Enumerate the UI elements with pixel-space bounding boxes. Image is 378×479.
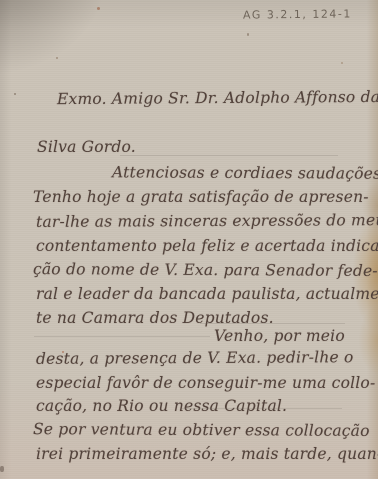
letter-line: desta, a presença de V. Exa. pedir-lhe o bbox=[36, 350, 354, 367]
faint-rule-line bbox=[182, 408, 342, 409]
paper-speck bbox=[14, 93, 16, 95]
faint-rule-line bbox=[120, 155, 338, 156]
letter-line: Venho, por meio bbox=[214, 329, 345, 345]
letter-line: Exmo. Amigo Sr. Dr. Adolpho Affonso da bbox=[57, 90, 378, 108]
letter-line: ral e leader da bancada paulista, actual… bbox=[36, 287, 378, 303]
letter-line: tar-lhe as mais sinceras expressões do m… bbox=[36, 213, 378, 230]
letter-page: AG 3.2.1, 124-1 Exmo. Amigo Sr. Dr. Adol… bbox=[0, 0, 378, 479]
letter-line: cação, no Rio ou nessa Capital. bbox=[36, 399, 287, 415]
paper-speck bbox=[62, 351, 64, 353]
letter-line: contentamento pela feliz e acertada indi… bbox=[36, 239, 378, 255]
letter-line: ção do nome de V. Exa. para Senador fede… bbox=[33, 262, 378, 279]
letter-line: te na Camara dos Deputados. bbox=[36, 311, 274, 327]
faint-rule-line bbox=[200, 323, 345, 324]
letter-line: Tenho hoje a grata satisfação de apresen… bbox=[33, 190, 369, 206]
paper-speck bbox=[341, 62, 343, 64]
paper-speck bbox=[0, 466, 4, 472]
paper-speck bbox=[247, 33, 249, 36]
paper-speck bbox=[97, 7, 100, 10]
letter-line: especial favôr de conseguir-me uma collo… bbox=[36, 376, 375, 392]
letter-line: Silva Gordo. bbox=[37, 140, 136, 156]
letter-line: Se por ventura eu obtiver essa collocaçã… bbox=[33, 422, 370, 439]
letter-line: Attenciosas e cordiaes saudações. bbox=[112, 165, 378, 182]
archive-mark: AG 3.2.1, 124-1 bbox=[243, 7, 352, 21]
letter-line: irei primeiramente só; e, mais tarde, qu… bbox=[36, 447, 378, 463]
faint-rule-line bbox=[34, 336, 210, 337]
paper-speck bbox=[56, 57, 58, 59]
